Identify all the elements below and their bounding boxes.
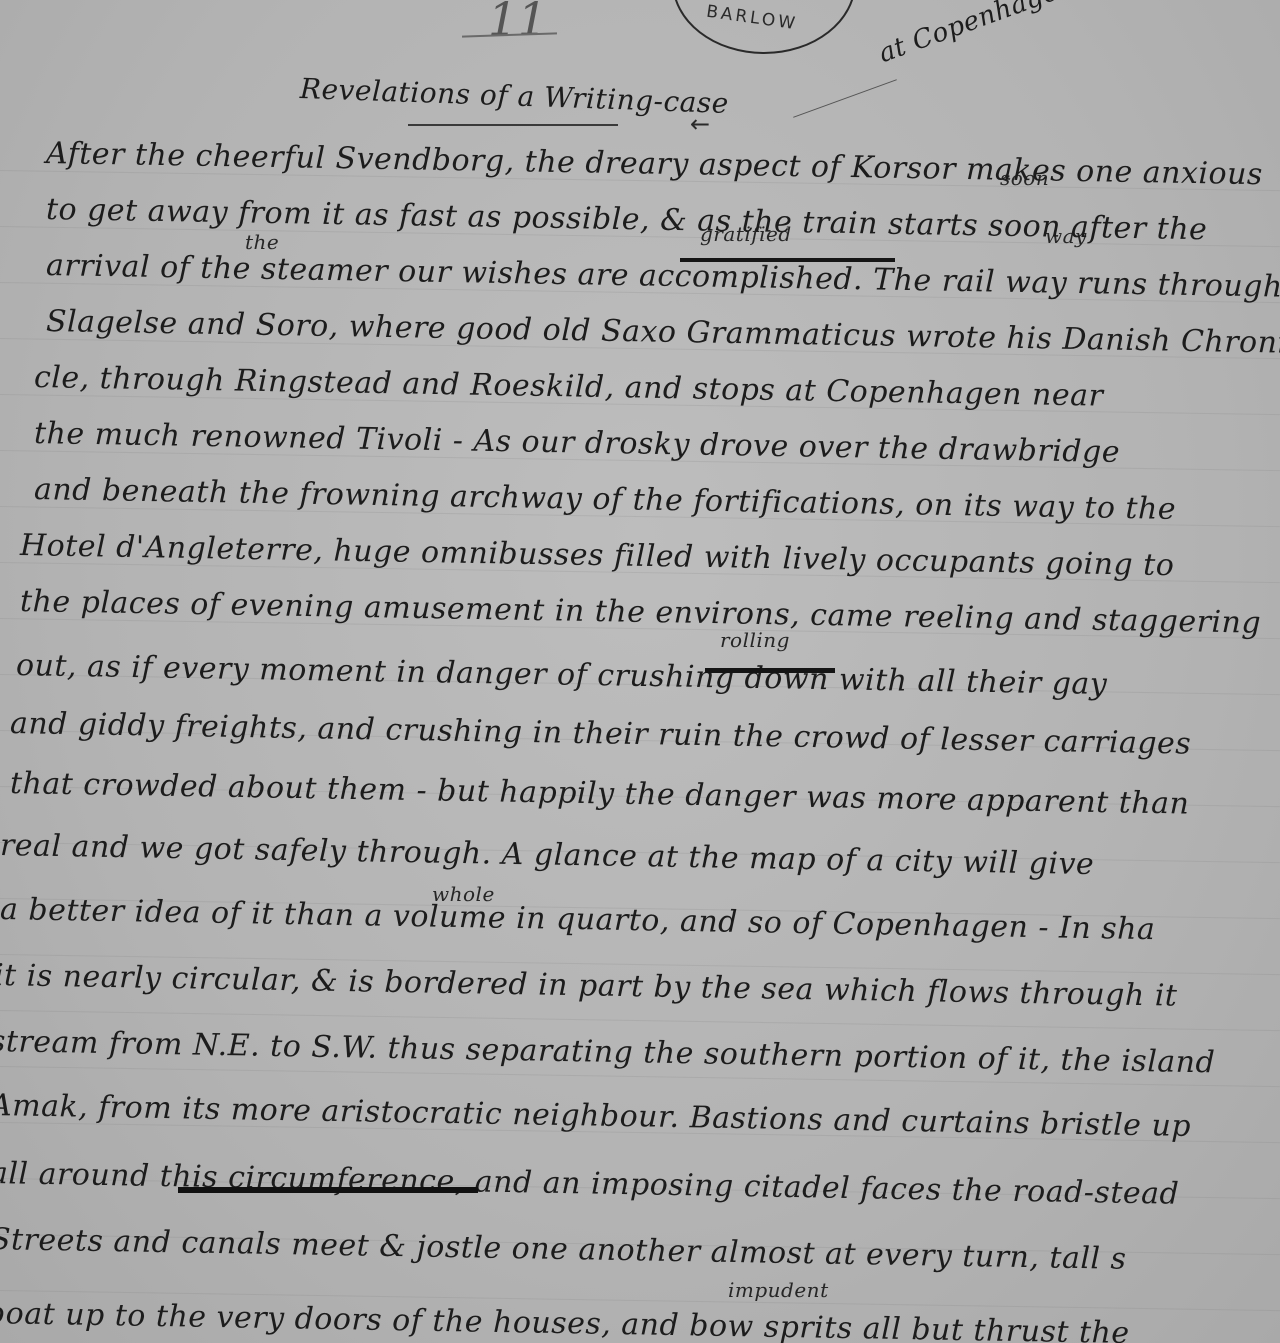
text-line-6: the much renowned Tivoli - As our drosky… [34, 416, 1121, 470]
text-line-11: and giddy freights, and crushing in thei… [10, 706, 1192, 762]
text-line-9: the places of evening amusement in the e… [20, 584, 1262, 641]
text-line-8: Hotel d'Angleterre, huge omnibusses fill… [20, 528, 1175, 583]
text-line-18: all around this circumference, and an im… [0, 1156, 1180, 1212]
text-line-4: Slagelse and Soro, where good old Saxo G… [46, 304, 1280, 361]
manuscript-page: 11 BARLOW Revelations of a Writing-case … [0, 0, 1280, 1343]
text-line-17: Amak, from its more aristocratic neighbo… [0, 1088, 1191, 1144]
text-line-10: out, as if every moment in danger of cru… [16, 648, 1108, 702]
title-insertion: at Copenhagen - [875, 0, 1096, 69]
text-line-15: it is nearly circular, & is bordered in … [0, 958, 1178, 1014]
text-line-20: boat up to the very doors of the houses,… [0, 1296, 1130, 1343]
text-line-12: that crowded about them - but happily th… [10, 766, 1190, 822]
text-line-7: and beneath the frowning archway of the … [34, 472, 1177, 527]
document-title: Revelations of a Writing-case [299, 72, 729, 120]
text-line-3: arrival of the steamer our wishes are ac… [46, 248, 1280, 305]
text-line-2: to get away from it as fast as possible,… [46, 192, 1208, 247]
insertion-the: the [245, 230, 279, 254]
page-number: 11 [488, 0, 548, 46]
text-line-19: Streets and canals meet & jostle one ano… [0, 1222, 1127, 1277]
insertion-line [793, 79, 897, 118]
text-line-13: real and we got safely through. A glance… [0, 828, 1095, 882]
strikethrough-this-circumference [178, 1187, 478, 1193]
text-line-14: a better idea of it than a volume in qua… [0, 892, 1156, 947]
strikethrough-crushing [705, 668, 835, 673]
text-line-1: After the cheerful Svendborg, the dreary… [46, 136, 1263, 192]
strikethrough-accomplished [680, 258, 895, 262]
insertion-arrow-icon: ← [690, 110, 710, 138]
insertion-impudent: impudent [728, 1278, 829, 1302]
title-underline [408, 124, 618, 126]
text-line-16: stream from N.E. to S.W. thus separating… [0, 1024, 1216, 1080]
text-line-5: cle, through Ringstead and Roeskild, and… [34, 360, 1104, 414]
